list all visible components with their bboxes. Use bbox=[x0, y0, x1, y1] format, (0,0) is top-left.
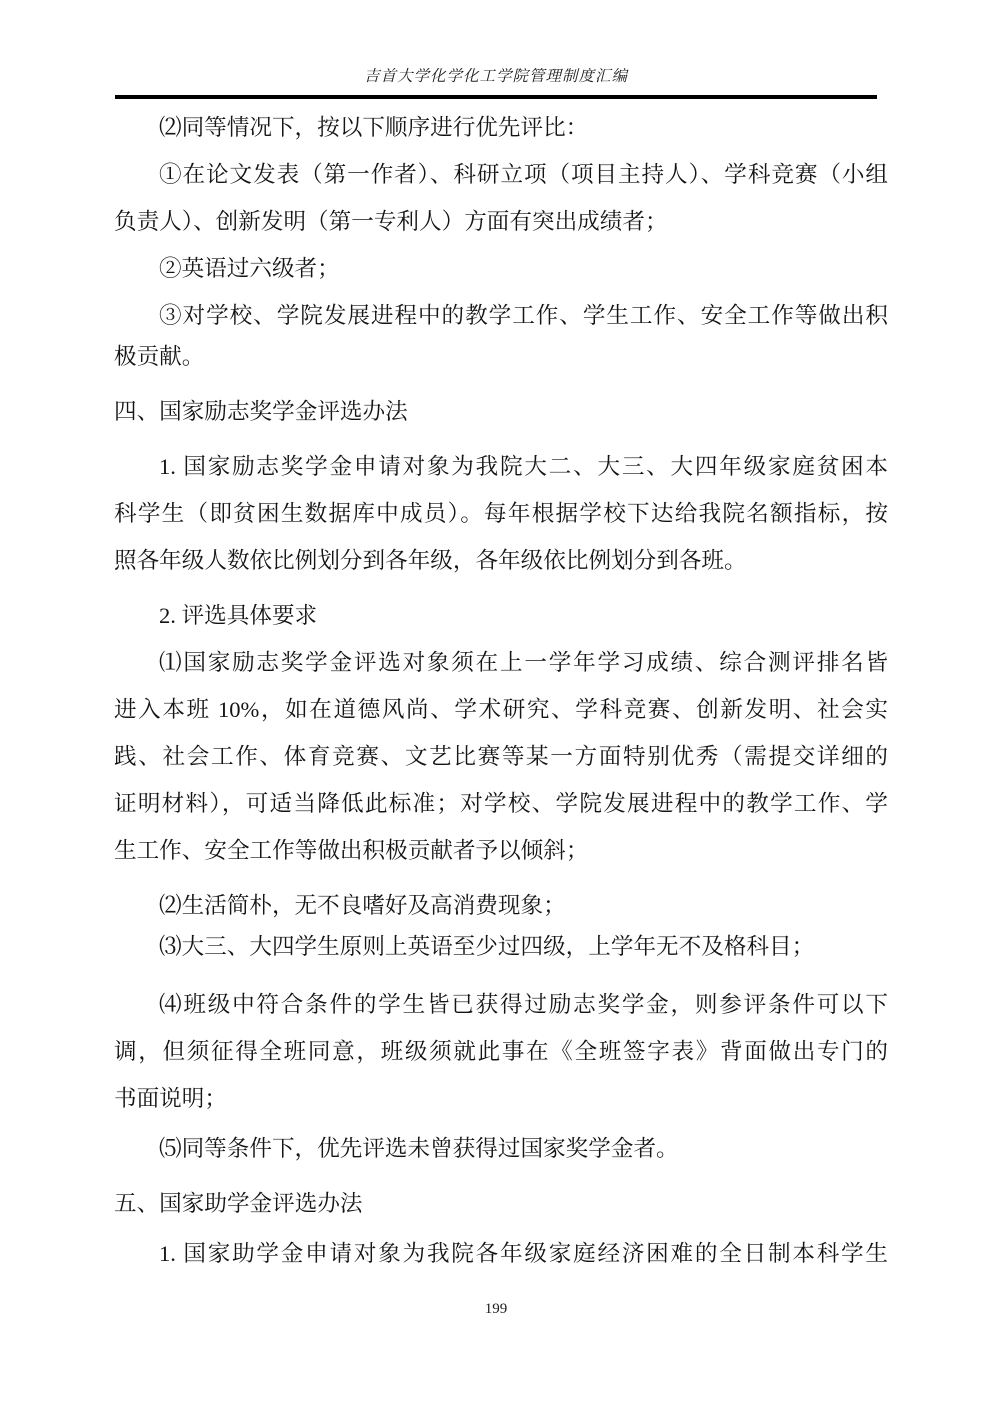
text-line: 科学生（即贫困生数据库中成员）。每年根据学校下达给我院名额指标，按 bbox=[114, 490, 888, 537]
text-line: 1. 国家励志奖学金申请对象为我院大二、大三、大四年级家庭贫困本 bbox=[114, 443, 888, 490]
text-line: 负责人）、创新发明（第一专利人）方面有突出成绩者； bbox=[114, 198, 888, 245]
page-number: 199 bbox=[0, 1301, 992, 1318]
text-line: 调，但须征得全班同意，班级须就此事在《全班签字表》背面做出专门的 bbox=[114, 1028, 888, 1075]
section-heading: 五、国家助学金评选办法 bbox=[114, 1180, 888, 1227]
text-line: 践、社会工作、体育竞赛、文艺比赛等某一方面特别优秀（需提交详细的 bbox=[114, 733, 888, 780]
text-line: ⑴国家励志奖学金评选对象须在上一学年学习成绩、综合测评排名皆 bbox=[114, 639, 888, 686]
text-line: ①在论文发表（第一作者）、科研立项（项目主持人）、学科竞赛（小组 bbox=[114, 151, 888, 198]
document-page: 吉首大学化学化工学院管理制度汇编 ⑵同等情况下，按以下顺序进行优先评比：①在论文… bbox=[0, 0, 992, 1403]
text-line: 生工作、安全工作等做出积极贡献者予以倾斜； bbox=[114, 827, 888, 874]
text-line: ⑵生活简朴，无不良嗜好及高消费现象； bbox=[114, 882, 888, 929]
text-line: 书面说明； bbox=[114, 1075, 888, 1122]
text-line: ⑶大三、大四学生原则上英语至少过四级，上学年无不及格科目； bbox=[114, 923, 888, 970]
text-line: 证明材料），可适当降低此标准；对学校、学院发展进程中的教学工作、学 bbox=[114, 780, 888, 827]
text-line: 1. 国家助学金申请对象为我院各年级家庭经济困难的全日制本科学生 bbox=[114, 1230, 888, 1277]
text-line: 极贡献。 bbox=[114, 333, 888, 380]
section-heading: 四、国家励志奖学金评选办法 bbox=[114, 388, 888, 435]
text-line: ⑷班级中符合条件的学生皆已获得过励志奖学金，则参评条件可以下 bbox=[114, 981, 888, 1028]
text-line: 进入本班 10%，如在道德风尚、学术研究、学科竞赛、创新发明、社会实 bbox=[114, 686, 888, 733]
text-line: ③对学校、学院发展进程中的教学工作、学生工作、安全工作等做出积 bbox=[114, 292, 888, 339]
header-rule bbox=[115, 95, 877, 99]
text-line: 照各年级人数依比例划分到各年级，各年级依比例划分到各班。 bbox=[114, 537, 888, 584]
text-line: ⑵同等情况下，按以下顺序进行优先评比： bbox=[114, 104, 888, 151]
page-header-title: 吉首大学化学化工学院管理制度汇编 bbox=[0, 64, 992, 86]
text-line: ⑸同等条件下，优先评选未曾获得过国家奖学金者。 bbox=[114, 1125, 888, 1172]
document-body: ⑵同等情况下，按以下顺序进行优先评比：①在论文发表（第一作者）、科研立项（项目主… bbox=[114, 104, 888, 1277]
text-line: ②英语过六级者； bbox=[114, 245, 888, 292]
text-line: 2. 评选具体要求 bbox=[114, 592, 888, 639]
